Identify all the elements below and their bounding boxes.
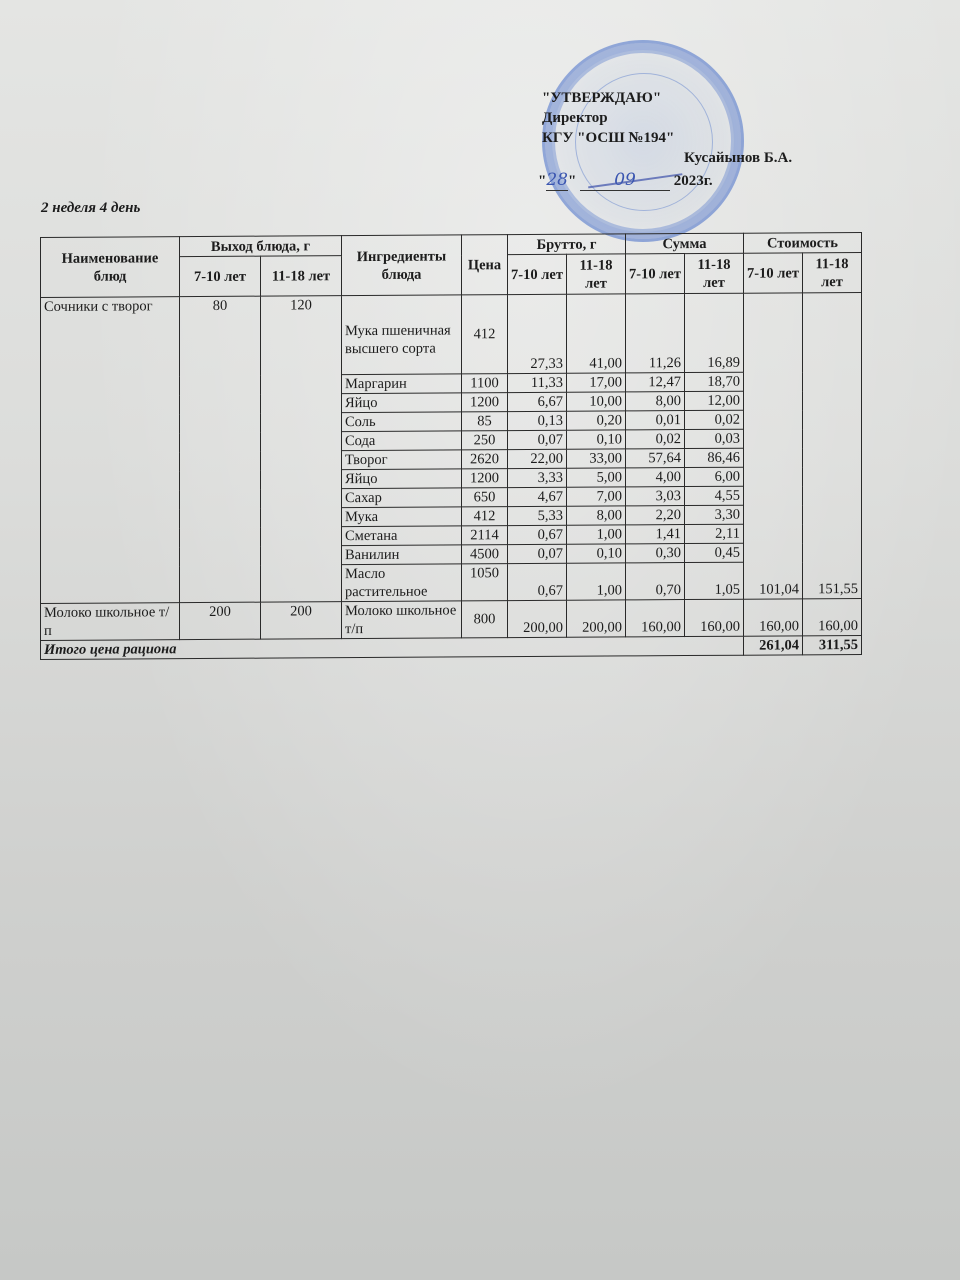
ingredient-price: 412: [462, 507, 508, 526]
ingredient-brutto-young: 0,07: [508, 544, 567, 563]
dish-cost-old: 151,55: [803, 292, 862, 598]
ingredient-brutto-old: 200,00: [567, 600, 626, 637]
ingredient-brutto-old: 33,00: [567, 449, 626, 468]
header-price: Цена: [462, 235, 508, 295]
approval-position: Директор: [542, 108, 674, 128]
header-dish-name: Наименование блюд: [41, 237, 180, 298]
ingredient-brutto-old: 10,00: [567, 392, 626, 411]
ingredient-name: Маргарин: [342, 374, 462, 394]
ingredient-price: 412: [462, 295, 508, 374]
header-ingredients: Ингредиенты блюда: [342, 235, 462, 296]
ingredient-sum-old: 0,45: [685, 543, 744, 562]
table-row: Молоко школьное т/п200200Молоко школьное…: [41, 598, 862, 640]
ingredient-price: 2114: [462, 526, 508, 545]
ingredient-price: 250: [462, 431, 508, 450]
ingredient-name: Яйцо: [342, 469, 462, 489]
header-cost-old: 11-18 лет: [803, 252, 862, 292]
output-old: 200: [261, 602, 342, 639]
ingredient-price: 650: [462, 488, 508, 507]
ingredient-brutto-old: 7,00: [567, 487, 626, 506]
ingredient-sum-young: 57,64: [626, 449, 685, 468]
ingredient-brutto-young: 6,67: [508, 392, 567, 411]
ingredient-name: Молоко школьное т/п: [342, 601, 462, 639]
ingredient-brutto-old: 1,00: [567, 525, 626, 544]
ingredient-brutto-old: 0,20: [567, 411, 626, 430]
ingredient-name: Ванилин: [342, 545, 462, 565]
ingredient-sum-young: 11,26: [626, 294, 685, 373]
output-young: 200: [180, 602, 261, 639]
header-sum-young: 7-10 лет: [626, 254, 685, 294]
ingredient-price: 800: [462, 601, 508, 638]
ingredient-brutto-young: 0,07: [508, 430, 567, 449]
ingredient-name: Соль: [342, 412, 462, 432]
ingredient-name: Мука пшеничная высшего сорта: [342, 295, 462, 375]
header-output-young: 7-10 лет: [180, 256, 261, 296]
ingredient-brutto-old: 41,00: [567, 294, 626, 373]
ingredient-price: 4500: [462, 545, 508, 564]
ingredient-brutto-old: 0,10: [567, 430, 626, 449]
ingredient-sum-old: 0,02: [685, 410, 744, 429]
ingredient-sum-young: 3,03: [626, 487, 685, 506]
total-label: Итого цена рациона: [41, 636, 744, 659]
ingredient-sum-young: 2,20: [626, 506, 685, 525]
ingredient-sum-old: 6,00: [685, 467, 744, 486]
ingredient-price: 1200: [462, 393, 508, 412]
ingredient-sum-old: 160,00: [685, 599, 744, 636]
ingredient-price: 1200: [462, 469, 508, 488]
ingredient-brutto-young: 3,33: [508, 468, 567, 487]
header-sum-old: 11-18 лет: [685, 253, 744, 293]
ingredient-sum-old: 0,03: [685, 429, 744, 448]
approval-date: "28" 09 2023г.: [538, 170, 713, 191]
ingredient-brutto-young: 200,00: [508, 600, 567, 637]
header-brutto: Брутто, г: [508, 234, 626, 255]
header-brutto-old: 11-18 лет: [567, 254, 626, 294]
ingredient-brutto-young: 5,33: [508, 506, 567, 525]
ingredient-price: 85: [462, 412, 508, 431]
day-title: 2 неделя 4 день: [41, 200, 140, 217]
ingredient-brutto-old: 17,00: [567, 373, 626, 392]
ingredient-sum-old: 16,89: [685, 293, 744, 372]
ingredient-brutto-young: 0,13: [508, 411, 567, 430]
ingredient-brutto-young: 27,33: [508, 294, 567, 373]
date-year: 2023г.: [674, 173, 713, 189]
approval-heading: "УТВЕРЖДАЮ": [542, 88, 674, 108]
ingredient-sum-old: 86,46: [685, 448, 744, 467]
ingredient-brutto-old: 1,00: [567, 563, 626, 600]
ingredient-name: Масло растительное: [342, 564, 462, 602]
ingredient-sum-young: 0,70: [626, 563, 685, 600]
ingredient-brutto-young: 0,67: [508, 525, 567, 544]
ingredient-sum-old: 12,00: [685, 391, 744, 410]
ingredient-sum-young: 8,00: [626, 392, 685, 411]
ingredient-name: Сода: [342, 431, 462, 451]
dish-cost-young: 101,04: [744, 293, 803, 599]
ingredient-brutto-old: 0,10: [567, 544, 626, 563]
ingredient-sum-old: 3,30: [685, 505, 744, 524]
date-day: 28: [546, 170, 568, 191]
ingredient-sum-young: 160,00: [626, 600, 685, 637]
ingredient-name: Мука: [342, 507, 462, 527]
header-brutto-young: 7-10 лет: [508, 254, 567, 294]
total-cost-young: 261,04: [744, 636, 803, 655]
ingredient-sum-old: 2,11: [685, 524, 744, 543]
total-cost-old: 311,55: [803, 635, 862, 654]
header-sum: Сумма: [626, 233, 744, 254]
ingredient-name: Сметана: [342, 526, 462, 546]
ingredient-sum-young: 12,47: [626, 373, 685, 392]
ingredient-sum-old: 1,05: [685, 562, 744, 599]
ingredient-name: Яйцо: [342, 393, 462, 413]
ingredient-price: 1100: [462, 374, 508, 393]
ingredient-brutto-young: 22,00: [508, 449, 567, 468]
menu-table: Наименование блюд Выход блюда, г Ингреди…: [40, 232, 862, 660]
ingredient-price: 2620: [462, 450, 508, 469]
table-row: Сочники с творог80120Мука пшеничная высш…: [41, 292, 862, 376]
approval-signer: Кусайынов Б.А.: [684, 150, 792, 167]
ingredient-sum-old: 4,55: [685, 486, 744, 505]
ingredient-name: Творог: [342, 450, 462, 470]
output-young: 80: [180, 296, 261, 602]
ingredient-price: 1050: [462, 564, 508, 601]
dish-name: Сочники с творог: [41, 297, 180, 604]
ingredient-sum-young: 0,30: [626, 544, 685, 563]
ingredient-brutto-young: 0,67: [508, 563, 567, 600]
ingredient-brutto-old: 5,00: [567, 468, 626, 487]
ingredient-name: Сахар: [342, 488, 462, 508]
header-output: Выход блюда, г: [180, 236, 342, 257]
header-cost: Стоимость: [744, 232, 862, 253]
header-output-old: 11-18 лет: [261, 256, 342, 296]
ingredient-sum-young: 0,02: [626, 430, 685, 449]
menu-table-body: Сочники с творог80120Мука пшеничная высш…: [41, 292, 862, 640]
header-cost-young: 7-10 лет: [744, 253, 803, 293]
dish-cost-young: 160,00: [744, 599, 803, 636]
total-row: Итого цена рациона 261,04 311,55: [41, 635, 862, 659]
date-month: 09: [580, 170, 670, 191]
output-old: 120: [261, 296, 342, 602]
ingredient-brutto-old: 8,00: [567, 506, 626, 525]
ingredient-sum-young: 1,41: [626, 525, 685, 544]
ingredient-brutto-young: 11,33: [508, 373, 567, 392]
ingredient-sum-old: 18,70: [685, 372, 744, 391]
ingredient-brutto-young: 4,67: [508, 487, 567, 506]
ingredient-sum-young: 4,00: [626, 468, 685, 487]
ingredient-sum-young: 0,01: [626, 411, 685, 430]
dish-cost-old: 160,00: [803, 598, 862, 635]
dish-name: Молоко школьное т/п: [41, 603, 180, 641]
